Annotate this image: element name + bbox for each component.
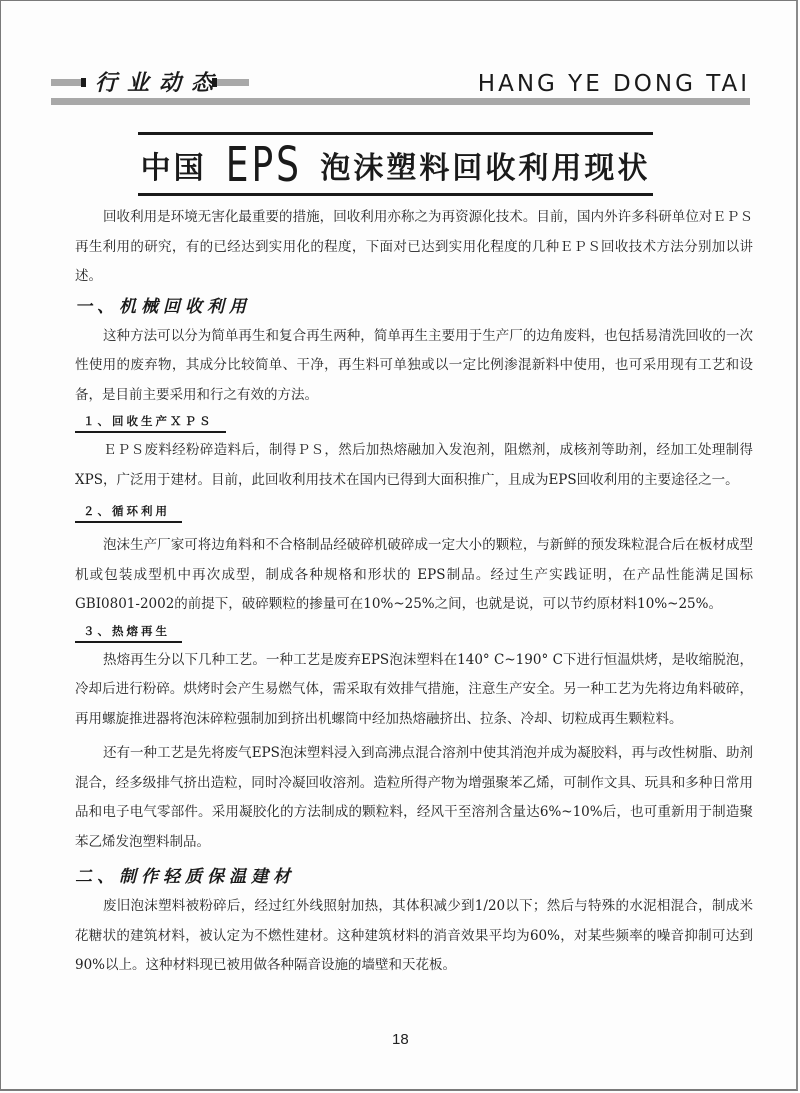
title-eps: EPS bbox=[225, 137, 301, 193]
intro-paragraph: 回收利用是环境无害化最重要的措施，回收利用亦称之为再资源化技术。目前，国内外许多… bbox=[75, 203, 753, 292]
title-suffix: 泡沫塑料回收利用现状 bbox=[320, 143, 650, 187]
subsection-1-1-paragraph: ＥＰＳ废料经粉碎造料后，制得ＰＳ，然后加热熔融加入发泡剂，阻燃剂，成核剂等助剂，… bbox=[75, 436, 753, 495]
header-decor-square-left bbox=[81, 78, 86, 87]
subsection-heading-1-3: ３、热熔再生 bbox=[75, 622, 182, 643]
title-rule-bottom bbox=[138, 193, 653, 196]
section-label-en: HANG YE DONG TAI bbox=[478, 71, 750, 97]
header-decor-bar-right bbox=[217, 79, 249, 86]
subsection-1-3-paragraph-1: 热熔再生分以下几种工艺。一种工艺是废弃EPS泡沫塑料在140° C~190° C… bbox=[75, 646, 753, 735]
article-body: 回收利用是环境无害化最重要的措施，回收利用亦称之为再资源化技术。目前，国内外许多… bbox=[75, 203, 753, 981]
article-title: 中国 EPS 泡沫塑料回收利用现状 bbox=[138, 137, 653, 193]
section-2-intro: 废旧泡沫塑料被粉碎后，经过红外线照射加热，其体积减少到1/20以下；然后与特殊的… bbox=[75, 892, 753, 981]
title-rule-top bbox=[138, 132, 653, 135]
page-number: 18 bbox=[392, 1031, 409, 1048]
section-heading-2: 二、制作轻质保温建材 bbox=[75, 862, 753, 892]
header-decor-bar-left bbox=[51, 79, 81, 86]
subsection-heading-1-2: ２、循环利用 bbox=[75, 502, 182, 523]
header-rule bbox=[51, 98, 750, 105]
title-prefix: 中国 bbox=[141, 143, 207, 187]
section-1-intro: 这种方法可以分为简单再生和复合再生两种，简单再生主要用于生产厂的边角废料，也包括… bbox=[75, 322, 753, 411]
section-heading-1: 一、机械回收利用 bbox=[75, 292, 753, 322]
subsection-1-2-paragraph: 泡沫生产厂家可将边角料和不合格制品经破碎机破碎成一定大小的颗粒，与新鲜的预发珠粒… bbox=[75, 531, 753, 620]
subsection-heading-1-1: １、回收生产ＸＰＳ bbox=[75, 412, 226, 433]
section-label-cn: 行业动态 bbox=[95, 66, 223, 97]
subsection-1-3-paragraph-2: 还有一种工艺是先将废气EPS泡沫塑料浸入到高沸点混合溶剂中使其消泡并成为凝胶料，… bbox=[75, 739, 753, 857]
